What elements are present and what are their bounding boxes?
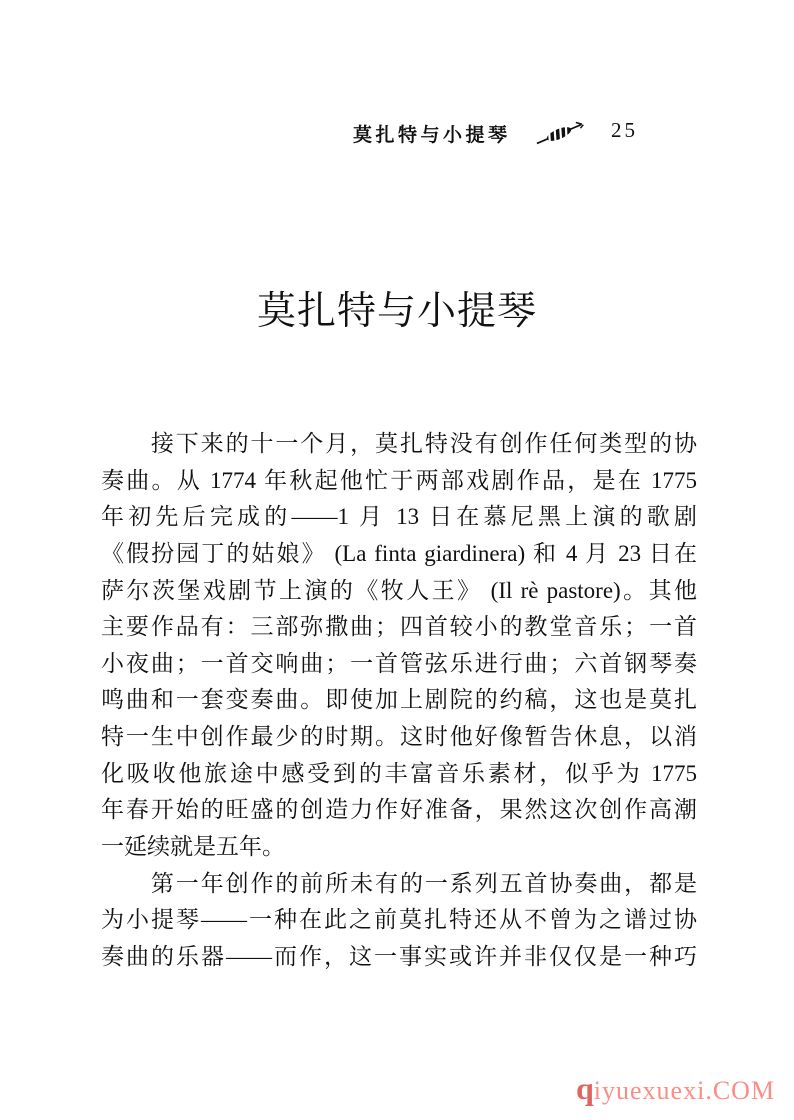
text-line: 小夜曲；一首交响曲；一首管弦乐进行曲；六首钢琴奏 bbox=[101, 646, 697, 683]
text-line: 化吸收他旅途中感受到的丰富音乐素材，似乎为 1775 bbox=[101, 756, 697, 793]
text-line: 特一生中创作最少的时期。这时他好像暂告休息，以消 bbox=[101, 719, 697, 756]
text-line: 鸣曲和一套变奏曲。即使加上剧院的约稿，这也是莫扎 bbox=[101, 682, 697, 719]
page-number: 25 bbox=[611, 118, 638, 143]
text-line: 一延续就是五年。 bbox=[101, 829, 697, 866]
chapter-title: 莫扎特与小提琴 bbox=[0, 280, 794, 336]
text-line: 年春开始的旺盛的创造力作好准备，果然这次创作高潮 bbox=[101, 792, 697, 829]
running-header: 莫扎特与小提琴 25 bbox=[0, 117, 794, 151]
text-line: 萨尔茨堡戏剧节上演的《牧人王》 (Il rè pastore)。其他 bbox=[101, 573, 697, 610]
text-line: 《假扮园丁的姑娘》 (La finta giardinera) 和 4 月 23… bbox=[101, 536, 697, 573]
text-line: 为小提琴——一种在此之前莫扎特还从不曾为之谱过协 bbox=[101, 902, 697, 939]
book-page: 莫扎特与小提琴 25 莫扎特与小提琴 接下来的十一个月，莫扎特没有创作任何类型的… bbox=[0, 0, 794, 1120]
text-line: 奏曲的乐器——而作，这一事实或许并非仅仅是一种巧 bbox=[101, 939, 697, 976]
watermark-text: iyuexuexi.COM bbox=[594, 1078, 775, 1104]
text-line: 第一年创作的前所未有的一系列五首协奏曲，都是 bbox=[101, 866, 697, 903]
text-line: 奏曲。从 1774 年秋起他忙于两部戏剧作品，是在 1775 bbox=[101, 463, 697, 500]
site-watermark: q iyuexuexi.COM bbox=[576, 1072, 775, 1104]
body-text: 接下来的十一个月，莫扎特没有创作任何类型的协 奏曲。从 1774 年秋起他忙于两… bbox=[101, 426, 697, 976]
text-line: 接下来的十一个月，莫扎特没有创作任何类型的协 bbox=[101, 426, 697, 463]
text-line: 年初先后完成的——1 月 13 日在慕尼黑上演的歌剧 bbox=[101, 499, 697, 536]
running-header-title: 莫扎特与小提琴 bbox=[353, 120, 511, 147]
text-line: 主要作品有：三部弥撒曲；四首较小的教堂音乐；一首 bbox=[101, 609, 697, 646]
quill-feather-icon bbox=[529, 115, 589, 151]
watermark-initial: q bbox=[576, 1072, 594, 1104]
